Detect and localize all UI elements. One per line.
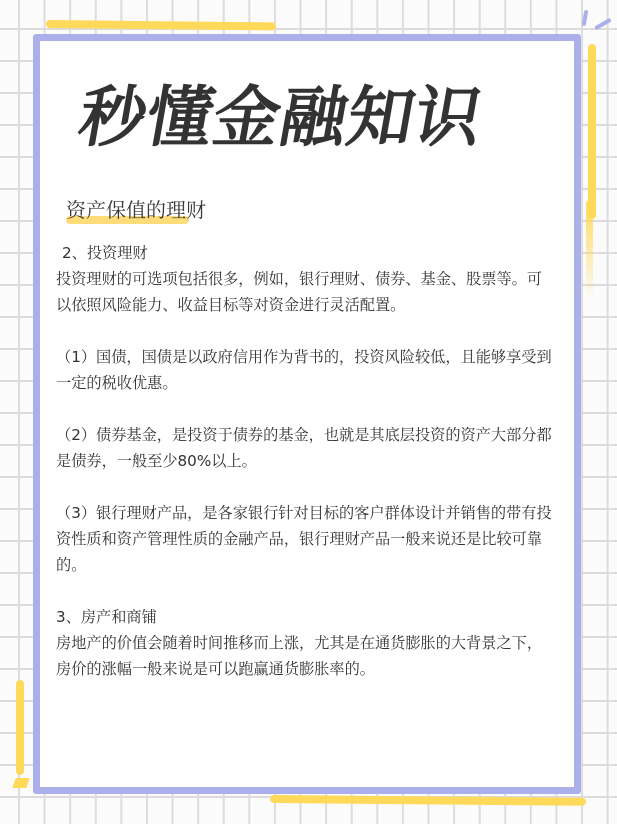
yellow-frame-left-stroke — [16, 680, 24, 775]
yellow-frame-corner — [12, 778, 30, 788]
paragraph-item-2: （2）债券基金，是投资于债券的基金，也就是其底层投资的资产大部分都是债券，一般至… — [56, 422, 556, 474]
spacer — [56, 396, 556, 422]
yellow-frame-bottom-stroke — [270, 795, 586, 806]
paragraph-item-1: （1）国债，国债是以政府信用作为背书的，投资风险较低，且能够享受到一定的税收优惠… — [56, 344, 556, 396]
article-body: 2、投资理财 投资理财的可选项包括很多，例如，银行理财、债券、基金、股票等。可以… — [56, 240, 556, 682]
spacer — [56, 578, 556, 604]
paragraph-invest: 投资理财的可选项包括很多，例如，银行理财、债券、基金、股票等。可以依照风险能力、… — [56, 266, 556, 318]
yellow-frame-top-stroke — [46, 20, 276, 30]
spacer — [56, 474, 556, 500]
subtitle-text: 资产保值的理财 — [66, 194, 206, 226]
yellow-frame-right-stroke — [588, 44, 596, 219]
section-heading-invest: 2、投资理财 — [56, 240, 556, 266]
paragraph-item-3: （3）银行理财产品，是各家银行针对目标的客户群体设计并销售的带有投资性质和资产管… — [56, 500, 556, 578]
sparkle-icon — [594, 18, 612, 30]
sparkle-icon — [582, 10, 589, 26]
paragraph-property: 房地产的价值会随着时间推移而上涨，尤其是在通货膨胀的大背景之下，房价的涨幅一般来… — [56, 630, 556, 682]
section-heading-property: 3、房产和商铺 — [56, 604, 556, 630]
yellow-frame-right-stroke-fade — [586, 200, 593, 300]
section-subtitle: 资产保值的理财 — [66, 194, 206, 226]
spacer — [56, 318, 556, 344]
page-title: 秒懂金融知识 — [73, 80, 556, 156]
